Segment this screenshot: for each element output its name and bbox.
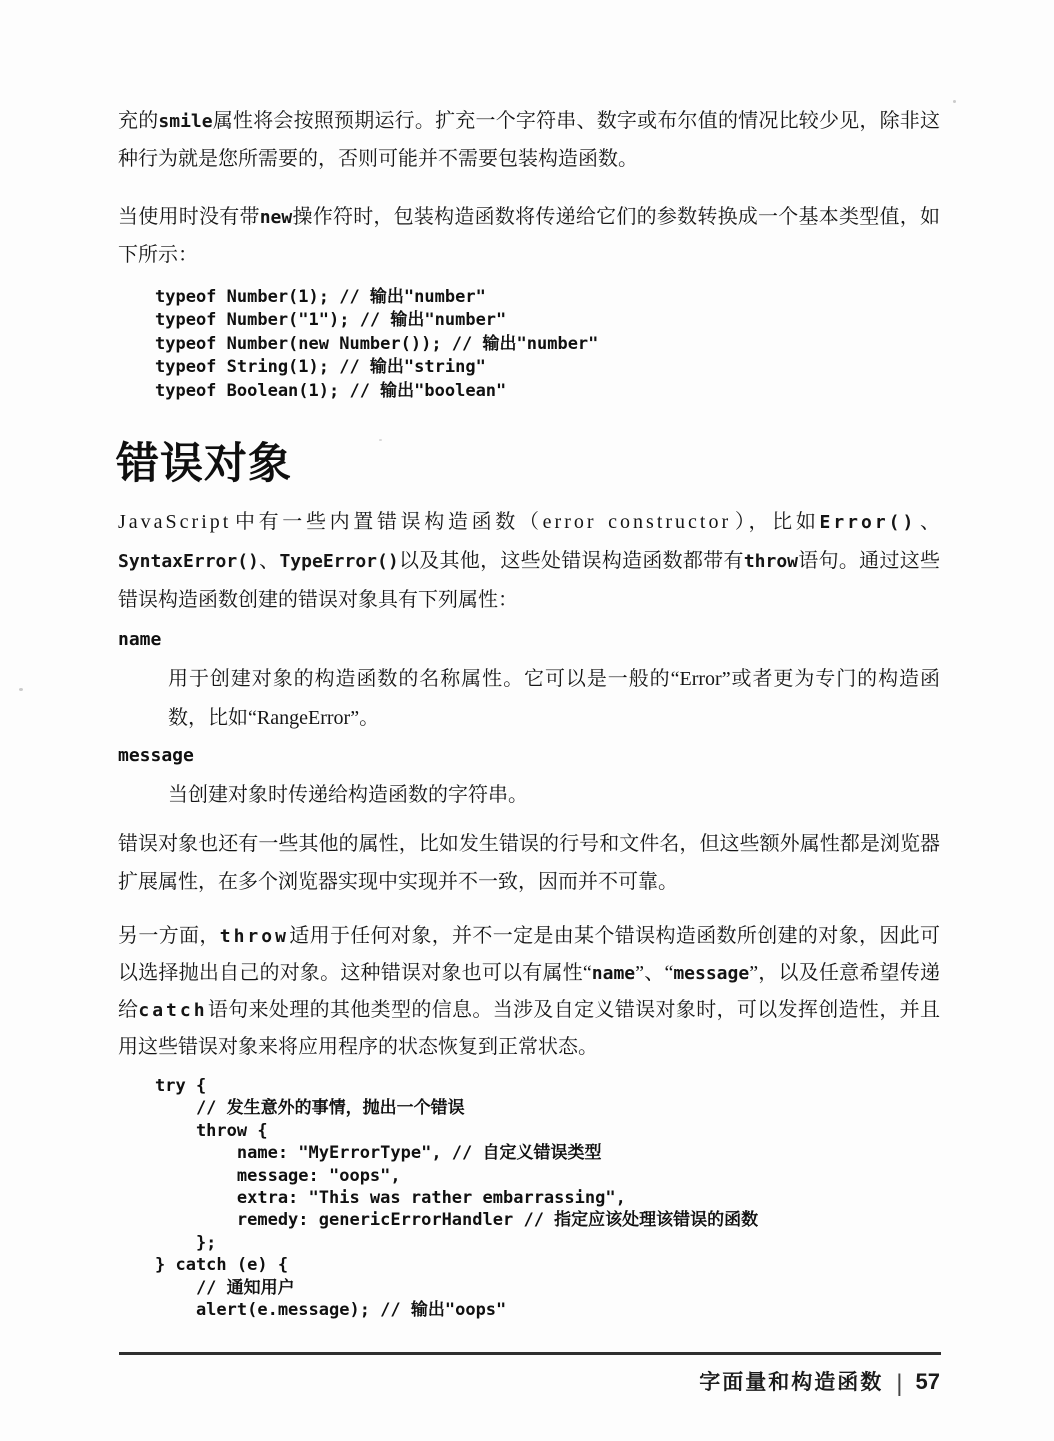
section-heading: 错误对象: [116, 440, 292, 488]
text-run: ），比如: [731, 511, 819, 533]
inline-code: SyntaxError(): [118, 551, 259, 572]
text-run: 属性将会按照预期运行。扩充一个字符串、数字或布尔值的情况比较少见，除非这种行为就…: [118, 110, 940, 170]
inline-code: throw: [220, 926, 289, 947]
inline-code: Error(): [820, 512, 917, 533]
paragraph-wrapper-constructors: 充的smile属性将会按照预期运行。扩充一个字符串、数字或布尔值的情况比较少见，…: [118, 103, 940, 178]
inline-code: RangeError: [257, 707, 350, 729]
text-run: 以及其他，这些处错误构造函数都带有: [399, 550, 744, 572]
text-run: 当使用时没有带: [118, 206, 260, 228]
code-line: };: [155, 1232, 758, 1254]
code-line: remedy: genericErrorHandler // 指定应该处理该错误…: [155, 1209, 758, 1231]
inline-code: error constructor: [543, 511, 732, 533]
inline-code: catch: [138, 1000, 207, 1021]
code-line: alert(e.message); // 输出"oops": [155, 1299, 758, 1321]
scan-speck: [953, 100, 956, 103]
inline-code: JavaScript: [118, 511, 231, 533]
text-run: 中有一些内置错误构造函数（: [231, 511, 542, 533]
footer-rule: [119, 1352, 941, 1355]
text-run: ”。: [350, 707, 379, 729]
footer-section-title: 字面量和构造函数: [699, 1371, 883, 1394]
paragraph-error-constructors: JavaScript中有一些内置错误构造函数（error constructor…: [118, 503, 940, 619]
text-run: 充的: [118, 110, 158, 132]
definition-term-name: name: [118, 630, 161, 650]
book-page: 充的smile属性将会按照预期运行。扩充一个字符串、数字或布尔值的情况比较少见，…: [0, 0, 1054, 1441]
paragraph-throw-any-object: 另一方面，throw适用于任何对象，并不一定是由某个错误构造函数所创建的对象，因…: [118, 918, 940, 1066]
paragraph-extra-properties: 错误对象也还有一些其他的属性，比如发生错误的行号和文件名，但这些额外属性都是浏览…: [118, 826, 940, 901]
inline-code: throw: [744, 551, 798, 572]
page-footer: 字面量和构造函数|57: [118, 1366, 940, 1398]
inline-code: Error: [679, 668, 721, 690]
text-run: 用于创建对象的构造函数的名称属性。它可以是一般的“: [168, 668, 679, 690]
scan-speck: [19, 688, 23, 691]
inline-code: smile: [158, 111, 212, 132]
text-run: 另一方面，: [118, 925, 220, 947]
code-line: } catch (e) {: [155, 1254, 758, 1276]
scan-speck: [379, 439, 382, 441]
definition-desc-message: 当创建对象时传递给构造函数的字符串。: [168, 776, 940, 815]
code-line: typeof Boolean(1); // 输出"boolean": [155, 380, 598, 403]
text-run: 语句来处理的其他类型的信息。当涉及自定义错误对象时，可以发挥创造性，并且用这些错…: [118, 999, 940, 1058]
footer-separator: |: [896, 1370, 902, 1397]
text-run: ”、“: [635, 962, 673, 984]
code-line: throw {: [155, 1120, 758, 1142]
inline-code: message: [673, 963, 749, 984]
inline-code: new: [260, 207, 293, 228]
text-run: 错误对象也还有一些其他的属性，比如发生错误的行号和文件名，但这些额外属性都是浏览…: [118, 833, 940, 893]
text-run: 、: [259, 550, 280, 572]
definition-term-message: message: [118, 746, 194, 766]
code-block-typeof: typeof Number(1); // 输出"number"typeof Nu…: [155, 286, 598, 403]
code-line: message: "oops",: [155, 1165, 758, 1187]
code-block-try-catch: try { // 发生意外的事情，抛出一个错误 throw { name: "M…: [155, 1075, 758, 1321]
code-line: // 发生意外的事情，抛出一个错误: [155, 1097, 758, 1119]
code-line: typeof Number(new Number()); // 输出"numbe…: [155, 333, 598, 356]
footer-page-number: 57: [916, 1369, 940, 1394]
paragraph-new-operator: 当使用时没有带new操作符时，包装构造函数将传递给它们的参数转换成一个基本类型值…: [118, 199, 940, 274]
inline-code: TypeError(): [279, 551, 398, 572]
code-line: name: "MyErrorType", // 自定义错误类型: [155, 1142, 758, 1164]
definition-desc-name: 用于创建对象的构造函数的名称属性。它可以是一般的“Error”或者更为专门的构造…: [168, 660, 940, 738]
code-line: typeof String(1); // 输出"string": [155, 356, 598, 379]
code-line: typeof Number("1"); // 输出"number": [155, 309, 598, 332]
code-line: try {: [155, 1075, 758, 1097]
code-line: // 通知用户: [155, 1277, 758, 1299]
text-run: 、: [916, 511, 940, 533]
code-line: extra: "This was rather embarrassing",: [155, 1187, 758, 1209]
code-line: typeof Number(1); // 输出"number": [155, 286, 598, 309]
inline-code: name: [592, 963, 635, 984]
text-run: 当创建对象时传递给构造函数的字符串。: [168, 784, 528, 806]
